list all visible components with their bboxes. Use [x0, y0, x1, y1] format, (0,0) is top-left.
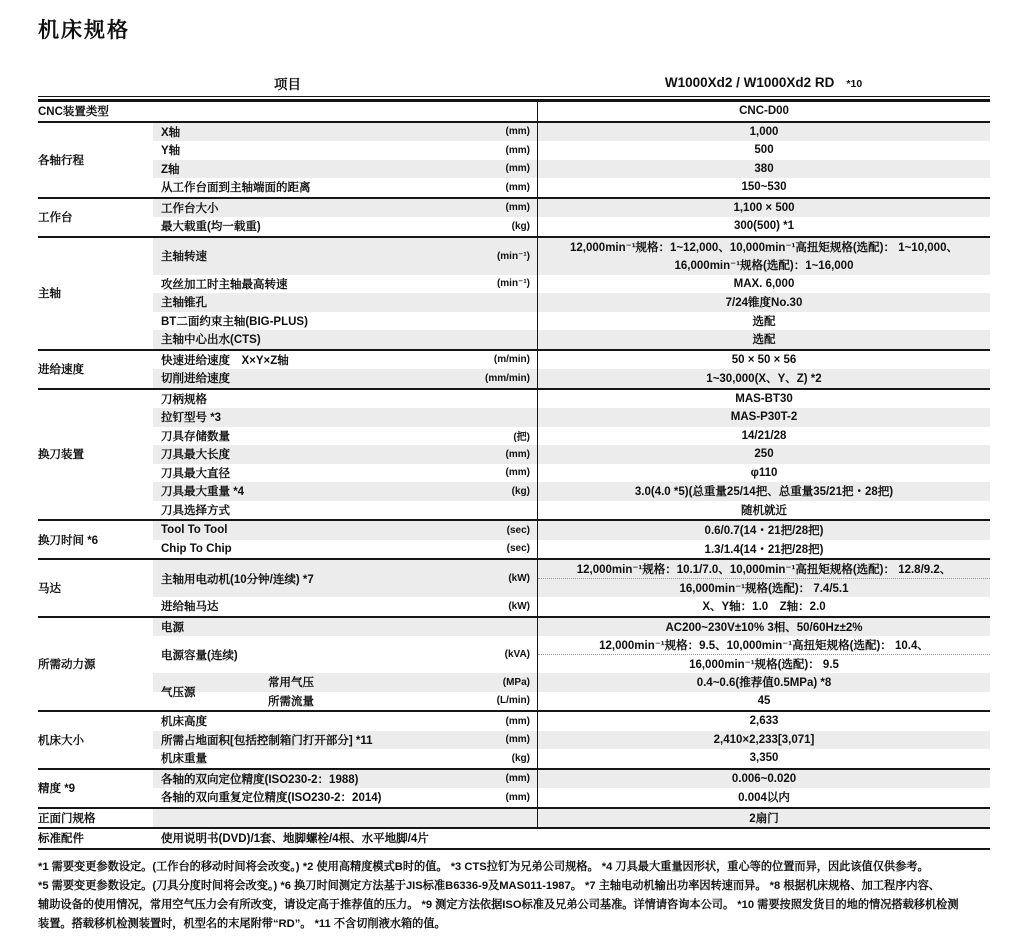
item-cell: Z轴(mm) [153, 160, 537, 179]
item-label: 快速进给速度 X×Y×Z轴 [161, 352, 289, 368]
item-cell: 电源容量(连续)(kVA) [153, 636, 537, 673]
item-label: 刀具存储数量 [161, 428, 230, 444]
item-label: BT二面约束主轴(BIG-PLUS) [161, 313, 308, 329]
spec-section: 精度 *9各轴的双向定位精度(ISO230-2：1988)(mm)0.006~0… [38, 770, 990, 809]
spec-sheet-page: 机床规格 项目 W1000Xd2 / W1000Xd2 RD*10 CNC装置类… [0, 0, 1024, 952]
item-cell: 工作台大小(mm) [153, 199, 537, 218]
value-cell: MAS-BT30 [537, 390, 990, 409]
category-label: 标准配件 [38, 829, 153, 848]
value-text: 2,633 [538, 715, 990, 727]
item-label: 机床高度 [161, 713, 207, 729]
value-cell: 45 [537, 692, 990, 711]
item-cell: 刀具最大直径(mm) [153, 464, 537, 483]
section-rows: Tool To Tool(sec)0.6/0.7(14・21把/28把)Chip… [153, 521, 990, 558]
value-text: 1.3/1.4(14・21把/28把) [538, 541, 990, 557]
value-text: 3,350 [538, 752, 990, 764]
item-cell: 刀柄规格 [153, 390, 537, 409]
unit-label: (mm/min) [485, 373, 530, 384]
category-label: 机床大小 [38, 712, 153, 768]
spec-content: 机床规格 项目 W1000Xd2 / W1000Xd2 RD*10 CNC装置类… [38, 0, 990, 934]
category-label: 进给速度 [38, 351, 153, 388]
item-label: 切削进给速度 [161, 370, 230, 386]
category-label: 所需动力源 [38, 618, 153, 711]
spec-row: 工作台大小(mm)1,100 × 500 [153, 199, 990, 218]
item-cell: 进给轴马达(kW) [153, 597, 537, 616]
value-cell: 1.3/1.4(14・21把/28把) [537, 540, 990, 559]
unit-label: (kW) [508, 573, 530, 584]
value-text: 14/21/28 [538, 430, 990, 442]
value-text: 150~530 [538, 181, 990, 193]
value-cell: 380 [537, 160, 990, 179]
value-cell: CNC-D00 [537, 102, 990, 121]
spec-section: 正面门规格2扇门 [38, 809, 990, 830]
category-label: 各轴行程 [38, 123, 153, 197]
value-text: 0.006~0.020 [538, 773, 990, 785]
item-label: 各轴的双向定位精度(ISO230-2：1988) [161, 771, 358, 787]
value-text: MAX. 6,000 [538, 278, 990, 290]
spec-section: 标准配件使用说明书(DVD)/1套、地脚螺栓/4根、水平地脚/4片 [38, 829, 990, 850]
item-label: 最大载重(均一载重) [161, 218, 261, 234]
section-rows: 使用说明书(DVD)/1套、地脚螺栓/4根、水平地脚/4片 [153, 829, 990, 848]
value-text: CNC-D00 [538, 105, 990, 117]
spec-row: 切削进给速度(mm/min)1~30,000(X、Y、Z) *2 [153, 369, 990, 388]
value-cell: 2扇门 [537, 809, 990, 828]
value-text: 16,000min⁻¹规格(选配)：1~16,000 [538, 256, 990, 275]
section-rows: 主轴转速(min⁻¹)12,000min⁻¹规格：1~12,000、10,000… [153, 238, 990, 349]
value-text: 50 × 50 × 56 [538, 354, 990, 366]
item-label: 电源 [161, 619, 184, 635]
value-cell: 3.0(4.0 *5)(总重量25/14把、总重量35/21把・28把) [537, 482, 990, 501]
value-text: 0.004以内 [538, 789, 990, 805]
spec-row: 刀柄规格MAS-BT30 [153, 390, 990, 409]
value-text: 500 [538, 144, 990, 156]
value-text: 1~30,000(X、Y、Z) *2 [538, 370, 990, 386]
category-label: 工作台 [38, 199, 153, 236]
item-label: Chip To Chip [161, 543, 232, 555]
spec-row: 主轴用电动机(10分钟/连续) *7(kW)12,000min⁻¹规格：10.1… [153, 560, 990, 597]
item-cell: 拉钉型号 *3 [153, 408, 537, 427]
item-label: 常用气压 [268, 674, 314, 690]
spec-row: 主轴转速(min⁻¹)12,000min⁻¹规格：1~12,000、10,000… [153, 238, 990, 275]
item-label: Z轴 [161, 161, 180, 177]
item-label: 攻丝加工时主轴最高转速 [161, 276, 288, 292]
value-cell: X、Y轴：1.0 Z轴：2.0 [537, 597, 990, 616]
item-label: 刀具选择方式 [161, 502, 230, 518]
value-text: 1,000 [538, 126, 990, 138]
unit-label: (kVA) [505, 649, 530, 660]
item-cell: 机床重量(kg) [153, 749, 537, 768]
spec-row: 电源AC200~230V±10% 3相、50/60Hz±2% [153, 618, 990, 637]
value-cell: 3,350 [537, 749, 990, 768]
value-text: 0.6/0.7(14・21把/28把) [538, 522, 990, 538]
value-text: 0.4~0.6(推荐值0.5MPa) *8 [538, 674, 990, 690]
item-label: 所需占地面积[包括控制箱门打开部分] *11 [161, 732, 373, 748]
value-text: 45 [538, 695, 990, 707]
unit-label: (把) [513, 428, 530, 443]
value-cell [537, 829, 990, 848]
category-label: 精度 *9 [38, 770, 153, 807]
model-note: *10 [846, 78, 862, 90]
value-text: 12,000min⁻¹规格：9.5、10,000min⁻¹高扭矩规格(选配)： … [538, 636, 990, 655]
footnote-line: 辅助设备的使用情况，常用空气压力会有所改变，请设定高于推荐值的压力。 *9 测定… [38, 896, 990, 915]
value-text: 2,410×2,233[3,071] [538, 734, 990, 746]
unit-label: (min⁻¹) [497, 278, 530, 289]
item-cell: Tool To Tool(sec) [153, 521, 537, 540]
spec-section: 主轴主轴转速(min⁻¹)12,000min⁻¹规格：1~12,000、10,0… [38, 238, 990, 351]
item-cell: 刀具最大长度(mm) [153, 445, 537, 464]
section-rows: 快速进给速度 X×Y×Z轴(m/min)50 × 50 × 56切削进给速度(m… [153, 351, 990, 388]
value-text: 2扇门 [538, 810, 990, 826]
value-cell: 0.4~0.6(推荐值0.5MPa) *8 [537, 673, 990, 692]
item-label: 使用说明书(DVD)/1套、地脚螺栓/4根、水平地脚/4片 [161, 830, 429, 846]
spec-row: 常用气压(MPa)0.4~0.6(推荐值0.5MPa) *8 [153, 673, 990, 692]
item-label: 刀具最大重量 *4 [161, 483, 244, 499]
table-header-row: 项目 W1000Xd2 / W1000Xd2 RD*10 [38, 69, 990, 96]
unit-label: (mm) [506, 716, 530, 727]
value-text: 7/24锥度No.30 [538, 294, 990, 310]
category-label: 主轴 [38, 238, 153, 349]
spec-row: 刀具选择方式随机就近 [153, 501, 990, 520]
category-label: 正面门规格 [38, 809, 153, 828]
spec-section: 工作台工作台大小(mm)1,100 × 500最大载重(均一载重)(kg)300… [38, 199, 990, 238]
value-cell: 7/24锥度No.30 [537, 293, 990, 312]
value-text: 12,000min⁻¹规格：1~12,000、10,000min⁻¹高扭矩规格(… [538, 238, 990, 257]
value-cell: 250 [537, 445, 990, 464]
item-cell: 机床高度(mm) [153, 712, 537, 731]
category-label: 换刀装置 [38, 390, 153, 520]
unit-label: (mm) [506, 449, 530, 460]
spec-row: 所需占地面积[包括控制箱门打开部分] *11(mm)2,410×2,233[3,… [153, 731, 990, 750]
unit-label: (mm) [506, 202, 530, 213]
column-header-item: 项目 [38, 73, 537, 93]
item-label: 电源容量(连续) [161, 647, 238, 663]
value-text: 380 [538, 163, 990, 175]
value-cell: AC200~230V±10% 3相、50/60Hz±2% [537, 618, 990, 637]
item-cell: 刀具存储数量(把) [153, 427, 537, 446]
value-text: AC200~230V±10% 3相、50/60Hz±2% [538, 619, 990, 635]
category-label: CNC装置类型 [38, 102, 153, 121]
section-rows: CNC-D00 [153, 102, 990, 121]
item-cell: 主轴中心出水(CTS) [153, 330, 537, 349]
item-cell: 攻丝加工时主轴最高转速(min⁻¹) [153, 275, 537, 294]
value-text: MAS-BT30 [538, 393, 990, 405]
unit-label: (mm) [506, 163, 530, 174]
item-cell [153, 809, 537, 828]
spec-row: 拉钉型号 *3MAS-P30T-2 [153, 408, 990, 427]
spec-section: 所需动力源电源AC200~230V±10% 3相、50/60Hz±2%电源容量(… [38, 618, 990, 713]
value-cell: 0.004以内 [537, 788, 990, 807]
section-rows: 主轴用电动机(10分钟/连续) *7(kW)12,000min⁻¹规格：10.1… [153, 560, 990, 616]
item-label: 拉钉型号 *3 [161, 409, 221, 425]
item-cell: 主轴转速(min⁻¹) [153, 238, 537, 275]
item-label: 工作台大小 [161, 200, 219, 216]
item-label: 刀柄规格 [161, 391, 207, 407]
spec-row: 刀具最大重量 *4(kg)3.0(4.0 *5)(总重量25/14把、总重量35… [153, 482, 990, 501]
section-rows: 各轴的双向定位精度(ISO230-2：1988)(mm)0.006~0.020各… [153, 770, 990, 807]
spec-row: 从工作台面到主轴端面的距离(mm)150~530 [153, 178, 990, 197]
value-text: φ110 [538, 467, 990, 479]
value-cell: 随机就近 [537, 501, 990, 520]
item-label: 各轴的双向重复定位精度(ISO230-2：2014) [161, 789, 381, 805]
spec-row: Tool To Tool(sec)0.6/0.7(14・21把/28把) [153, 521, 990, 540]
item-label: 所需流量 [268, 693, 314, 709]
item-cell: 主轴用电动机(10分钟/连续) *7(kW) [153, 560, 537, 597]
unit-label: (kg) [512, 221, 530, 232]
item-cell: 最大载重(均一载重)(kg) [153, 217, 537, 236]
value-cell: 150~530 [537, 178, 990, 197]
value-text: X、Y轴：1.0 Z轴：2.0 [538, 598, 990, 614]
value-cell: 1,100 × 500 [537, 199, 990, 218]
item-label: 进给轴马达 [161, 598, 219, 614]
spec-section: 各轴行程X轴(mm)1,000Y轴(mm)500Z轴(mm)380从工作台面到主… [38, 123, 990, 199]
item-label: 刀具最大直径 [161, 465, 230, 481]
value-cell: 选配 [537, 312, 990, 331]
value-text: 选配 [538, 331, 990, 347]
unit-label: (mm) [506, 126, 530, 137]
spec-row: 使用说明书(DVD)/1套、地脚螺栓/4根、水平地脚/4片 [153, 829, 990, 848]
footnote-line: *1 需要变更参数设定。(工作台的移动时间将会改变。) *2 使用高精度模式B时… [38, 858, 990, 877]
item-cell: 刀具最大重量 *4(kg) [153, 482, 537, 501]
item-cell [153, 102, 537, 121]
section-rows: 电源AC200~230V±10% 3相、50/60Hz±2%电源容量(连续)(k… [153, 618, 990, 711]
value-cell: 12,000min⁻¹规格：1~12,000、10,000min⁻¹高扭矩规格(… [537, 238, 990, 275]
value-cell: 1~30,000(X、Y、Z) *2 [537, 369, 990, 388]
value-cell: MAS-P30T-2 [537, 408, 990, 427]
spec-row: 快速进给速度 X×Y×Z轴(m/min)50 × 50 × 56 [153, 351, 990, 370]
section-rows: 机床高度(mm)2,633所需占地面积[包括控制箱门打开部分] *11(mm)2… [153, 712, 990, 768]
value-text: 3.0(4.0 *5)(总重量25/14把、总重量35/21把・28把) [538, 483, 990, 499]
item-label: 主轴锥孔 [161, 294, 207, 310]
item-cell: 切削进给速度(mm/min) [153, 369, 537, 388]
subgroup-label: 气压源 [161, 673, 265, 710]
unit-label: (mm) [506, 792, 530, 803]
value-text: MAS-P30T-2 [538, 411, 990, 423]
model-name: W1000Xd2 / W1000Xd2 RD [665, 75, 835, 90]
spec-row: 刀具存储数量(把)14/21/28 [153, 427, 990, 446]
value-text: 12,000min⁻¹规格：10.1/7.0、10,000min⁻¹高扭矩规格(… [538, 560, 990, 579]
footnote-line: *5 需要变更参数设定。(刀具分度时间将会改变。) *6 换刀时间测定方法基于J… [38, 877, 990, 896]
unit-label: (sec) [507, 525, 530, 536]
value-cell: 300(500) *1 [537, 217, 990, 236]
spec-row: 各轴的双向定位精度(ISO230-2：1988)(mm)0.006~0.020 [153, 770, 990, 789]
footnotes: *1 需要变更参数设定。(工作台的移动时间将会改变。) *2 使用高精度模式B时… [38, 858, 990, 934]
unit-label: (mm) [506, 467, 530, 478]
item-cell: 各轴的双向重复定位精度(ISO230-2：2014)(mm) [153, 788, 537, 807]
unit-label: (mm) [506, 145, 530, 156]
item-cell: 电源 [153, 618, 537, 637]
value-cell: 选配 [537, 330, 990, 349]
value-text: 250 [538, 448, 990, 460]
unit-label: (kg) [512, 486, 530, 497]
page-title: 机床规格 [38, 14, 990, 44]
value-text: 选配 [538, 313, 990, 329]
unit-label: (kW) [508, 601, 530, 612]
value-cell: 12,000min⁻¹规格：10.1/7.0、10,000min⁻¹高扭矩规格(… [537, 560, 990, 597]
value-text: 16,000min⁻¹规格(选配)： 9.5 [538, 655, 990, 674]
section-rows: 2扇门 [153, 809, 990, 828]
spec-row: 主轴中心出水(CTS)选配 [153, 330, 990, 349]
spec-section: 换刀时间 *6Tool To Tool(sec)0.6/0.7(14・21把/2… [38, 521, 990, 560]
value-text: 1,100 × 500 [538, 202, 990, 214]
spec-row: 主轴锥孔7/24锥度No.30 [153, 293, 990, 312]
spec-section: CNC装置类型CNC-D00 [38, 102, 990, 123]
spec-row: 最大载重(均一载重)(kg)300(500) *1 [153, 217, 990, 236]
spec-row: Y轴(mm)500 [153, 141, 990, 160]
item-label: 主轴转速 [161, 248, 207, 264]
section-rows: 刀柄规格MAS-BT30拉钉型号 *3MAS-P30T-2刀具存储数量(把)14… [153, 390, 990, 520]
value-text: 随机就近 [538, 502, 990, 518]
spec-row: Chip To Chip(sec)1.3/1.4(14・21把/28把) [153, 540, 990, 559]
spec-section: 马达主轴用电动机(10分钟/连续) *7(kW)12,000min⁻¹规格：10… [38, 560, 990, 618]
item-label: 刀具最大长度 [161, 446, 230, 462]
spec-row: 电源容量(连续)(kVA)12,000min⁻¹规格：9.5、10,000min… [153, 636, 990, 673]
item-cell: 各轴的双向定位精度(ISO230-2：1988)(mm) [153, 770, 537, 789]
item-label: 主轴中心出水(CTS) [161, 331, 261, 347]
item-label: Tool To Tool [161, 524, 227, 536]
item-cell: Chip To Chip(sec) [153, 540, 537, 559]
item-cell: 快速进给速度 X×Y×Z轴(m/min) [153, 351, 537, 370]
item-cell: X轴(mm) [153, 123, 537, 142]
value-cell: 1,000 [537, 123, 990, 142]
item-label: 机床重量 [161, 750, 207, 766]
value-cell: 2,410×2,233[3,071] [537, 731, 990, 750]
spec-row: BT二面约束主轴(BIG-PLUS)选配 [153, 312, 990, 331]
spec-section: 换刀装置刀柄规格MAS-BT30拉钉型号 *3MAS-P30T-2刀具存储数量(… [38, 390, 990, 522]
item-cell: 所需占地面积[包括控制箱门打开部分] *11(mm) [153, 731, 537, 750]
item-label: X轴 [161, 124, 180, 140]
section-rows: X轴(mm)1,000Y轴(mm)500Z轴(mm)380从工作台面到主轴端面的… [153, 123, 990, 197]
item-cell: 主轴锥孔 [153, 293, 537, 312]
item-cell: 使用说明书(DVD)/1套、地脚螺栓/4根、水平地脚/4片 [153, 829, 537, 848]
unit-label: (MPa) [503, 677, 530, 688]
item-cell: Y轴(mm) [153, 141, 537, 160]
value-cell: 12,000min⁻¹规格：9.5、10,000min⁻¹高扭矩规格(选配)： … [537, 636, 990, 673]
category-label: 换刀时间 *6 [38, 521, 153, 558]
column-header-model: W1000Xd2 / W1000Xd2 RD*10 [537, 75, 990, 90]
spec-row: 2扇门 [153, 809, 990, 828]
value-cell: φ110 [537, 464, 990, 483]
spec-row: 攻丝加工时主轴最高转速(min⁻¹)MAX. 6,000 [153, 275, 990, 294]
item-label: 主轴用电动机(10分钟/连续) *7 [161, 571, 314, 587]
item-label: 从工作台面到主轴端面的距离 [161, 179, 311, 195]
footnote-line: 装置。搭载移机检测装置时，机型名的末尾附带“RD”。 *11 不含切削液水箱的值… [38, 915, 990, 934]
value-cell: 500 [537, 141, 990, 160]
value-cell: 0.6/0.7(14・21把/28把) [537, 521, 990, 540]
value-text: 16,000min⁻¹规格(选配)： 7.4/5.1 [538, 579, 990, 598]
spec-row: Z轴(mm)380 [153, 160, 990, 179]
spec-row: CNC-D00 [153, 102, 990, 121]
unit-label: (m/min) [494, 354, 530, 365]
spec-table: 项目 W1000Xd2 / W1000Xd2 RD*10 CNC装置类型CNC-… [38, 69, 990, 850]
value-cell: 14/21/28 [537, 427, 990, 446]
item-label: Y轴 [161, 142, 180, 158]
spec-row: 刀具最大长度(mm)250 [153, 445, 990, 464]
item-cell: BT二面约束主轴(BIG-PLUS) [153, 312, 537, 331]
spec-row: 机床高度(mm)2,633 [153, 712, 990, 731]
item-cell: 刀具选择方式 [153, 501, 537, 520]
spec-row: 机床重量(kg)3,350 [153, 749, 990, 768]
value-cell: 2,633 [537, 712, 990, 731]
section-rows: 工作台大小(mm)1,100 × 500最大载重(均一载重)(kg)300(50… [153, 199, 990, 236]
value-cell: 0.006~0.020 [537, 770, 990, 789]
item-cell: 从工作台面到主轴端面的距离(mm) [153, 178, 537, 197]
unit-label: (mm) [506, 773, 530, 784]
spec-row: 刀具最大直径(mm)φ110 [153, 464, 990, 483]
unit-label: (sec) [507, 543, 530, 554]
value-cell: MAX. 6,000 [537, 275, 990, 294]
unit-label: (mm) [506, 734, 530, 745]
table-body: CNC装置类型CNC-D00各轴行程X轴(mm)1,000Y轴(mm)500Z轴… [38, 102, 990, 850]
value-cell: 50 × 50 × 56 [537, 351, 990, 370]
value-text: 300(500) *1 [538, 220, 990, 232]
spec-section: 机床大小机床高度(mm)2,633所需占地面积[包括控制箱门打开部分] *11(… [38, 712, 990, 770]
spec-row: X轴(mm)1,000 [153, 123, 990, 142]
unit-label: (kg) [512, 753, 530, 764]
unit-label: (mm) [506, 182, 530, 193]
category-label: 马达 [38, 560, 153, 616]
unit-label: (min⁻¹) [497, 251, 530, 262]
spec-section: 进给速度快速进给速度 X×Y×Z轴(m/min)50 × 50 × 56切削进给… [38, 351, 990, 390]
spec-row: 进给轴马达(kW)X、Y轴：1.0 Z轴：2.0 [153, 597, 990, 616]
spec-row: 各轴的双向重复定位精度(ISO230-2：2014)(mm)0.004以内 [153, 788, 990, 807]
unit-label: (L/min) [497, 695, 530, 706]
spec-row: 所需流量(L/min)45 [153, 692, 990, 711]
subgroup: 气压源常用气压(MPa)0.4~0.6(推荐值0.5MPa) *8所需流量(L/… [153, 673, 990, 710]
